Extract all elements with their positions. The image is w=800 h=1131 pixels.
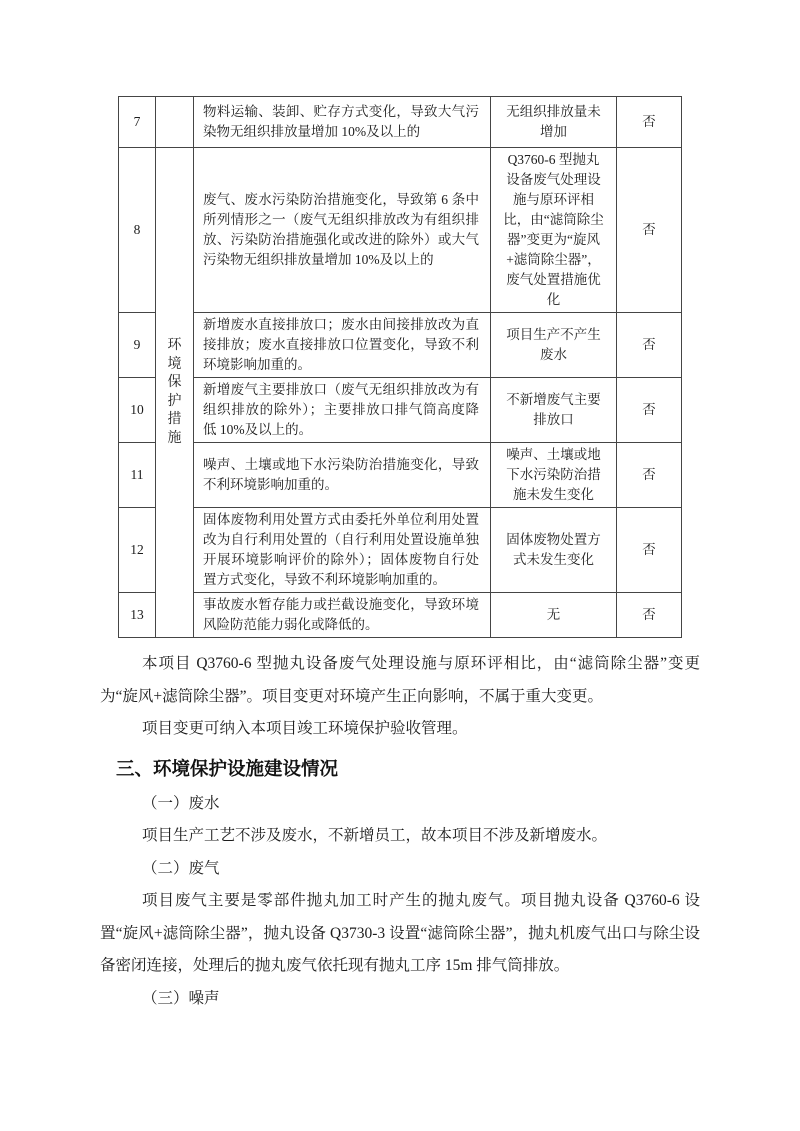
acceptance-paragraph: 项目变更可纳入本项目竣工环境保护验收管理。: [100, 713, 700, 746]
row-number: 8: [119, 148, 156, 313]
subsection-noise-title: （三）噪声: [100, 983, 700, 1016]
row-number: 10: [119, 378, 156, 443]
subsection-wastegas-title: （二）废气: [100, 853, 700, 886]
category-cell-empty: [156, 97, 194, 148]
document-page: 7 物料运输、装卸、贮存方式变化，导致大气污染物无组织排放量增加 10%及以上的…: [0, 0, 800, 1131]
row-number: 7: [119, 97, 156, 148]
row-number: 13: [119, 593, 156, 638]
major-change-answer: 否: [617, 443, 682, 508]
project-situation: 无: [491, 593, 617, 638]
major-change-answer: 否: [617, 313, 682, 378]
project-situation: 项目生产不产生废水: [491, 313, 617, 378]
project-situation: 不新增废气主要排放口: [491, 378, 617, 443]
table-row: 9 新增废水直接排放口；废水由间接排放改为直接排放；废水直接排放口位置变化，导致…: [119, 313, 682, 378]
project-situation: Q3760-6 型抛丸设备废气处理设施与原环评相比，由“滤筒除尘器”变更为“旋风…: [491, 148, 617, 313]
row-number: 9: [119, 313, 156, 378]
change-description: 噪声、土壤或地下水污染防治措施变化，导致不利环境影响加重的。: [194, 443, 491, 508]
major-change-answer: 否: [617, 148, 682, 313]
table-row: 7 物料运输、装卸、贮存方式变化，导致大气污染物无组织排放量增加 10%及以上的…: [119, 97, 682, 148]
body-text-block: 本项目 Q3760-6 型抛丸设备废气处理设施与原环评相比，由“滤筒除尘器”变更…: [100, 648, 700, 1015]
major-change-answer: 否: [617, 97, 682, 148]
conclusion-paragraph: 本项目 Q3760-6 型抛丸设备废气处理设施与原环评相比，由“滤筒除尘器”变更…: [100, 648, 700, 713]
change-description: 固体废物利用处置方式由委托外单位利用处置改为自行利用处置的（自行利用处置设施单独…: [194, 508, 491, 593]
row-number: 11: [119, 443, 156, 508]
wastewater-paragraph: 项目生产工艺不涉及废水，不新增员工，故本项目不涉及新增废水。: [100, 820, 700, 853]
project-situation: 固体废物处置方式未发生变化: [491, 508, 617, 593]
project-situation: 噪声、土壤或地下水污染防治措施未发生变化: [491, 443, 617, 508]
change-description: 新增废水直接排放口；废水由间接排放改为直接排放；废水直接排放口位置变化，导致不利…: [194, 313, 491, 378]
major-change-answer: 否: [617, 378, 682, 443]
category-label: 环境保护措施: [167, 337, 182, 448]
change-description: 废气、废水污染防治措施变化，导致第 6 条中所列情形之一（废气无组织排放改为有组…: [194, 148, 491, 313]
table-row: 11 噪声、土壤或地下水污染防治措施变化，导致不利环境影响加重的。 噪声、土壤或…: [119, 443, 682, 508]
major-change-answer: 否: [617, 508, 682, 593]
wastegas-paragraph: 项目废气主要是零部件抛丸加工时产生的抛丸废气。项目抛丸设备 Q3760-6 设置…: [100, 885, 700, 983]
major-change-answer: 否: [617, 593, 682, 638]
change-description: 新增废气主要排放口（废气无组织排放改为有组织排放的除外）；主要排放口排气筒高度降…: [194, 378, 491, 443]
table-row: 10 新增废气主要排放口（废气无组织排放改为有组织排放的除外）；主要排放口排气筒…: [119, 378, 682, 443]
table-row: 12 固体废物利用处置方式由委托外单位利用处置改为自行利用处置的（自行利用处置设…: [119, 508, 682, 593]
change-description: 物料运输、装卸、贮存方式变化，导致大气污染物无组织排放量增加 10%及以上的: [194, 97, 491, 148]
subsection-wastewater-title: （一）废水: [100, 788, 700, 821]
project-situation: 无组织排放量未增加: [491, 97, 617, 148]
table-row: 8 环境保护措施 废气、废水污染防治措施变化，导致第 6 条中所列情形之一（废气…: [119, 148, 682, 313]
category-cell: 环境保护措施: [156, 148, 194, 638]
row-number: 12: [119, 508, 156, 593]
section-heading: 三、环境保护设施建设情况: [116, 754, 700, 786]
change-description: 事故废水暂存能力或拦截设施变化，导致环境风险防范能力弱化或降低的。: [194, 593, 491, 638]
major-change-screening-table: 7 物料运输、装卸、贮存方式变化，导致大气污染物无组织排放量增加 10%及以上的…: [118, 96, 682, 638]
table-row: 13 事故废水暂存能力或拦截设施变化，导致环境风险防范能力弱化或降低的。 无 否: [119, 593, 682, 638]
document-body: 7 物料运输、装卸、贮存方式变化，导致大气污染物无组织排放量增加 10%及以上的…: [100, 96, 700, 1015]
